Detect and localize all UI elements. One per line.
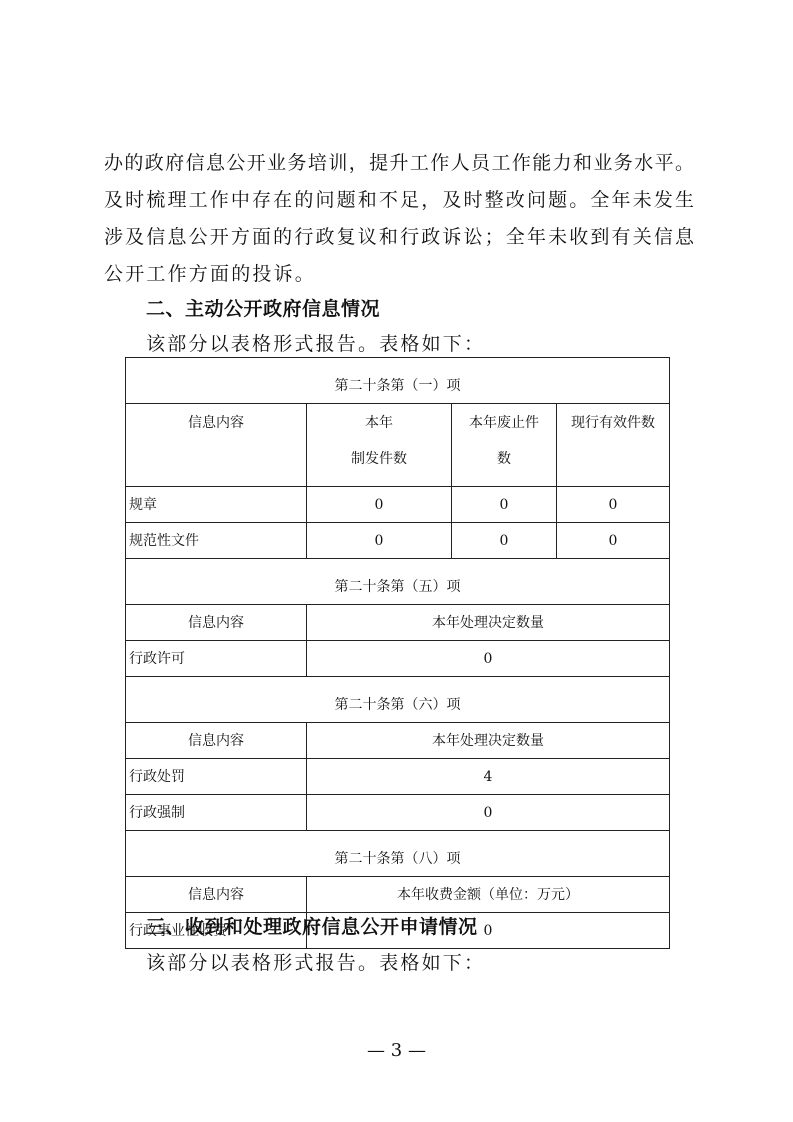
cell-value: 4 [307, 759, 670, 795]
header-issued: 本年 制发件数 [307, 404, 452, 487]
table-section-title-row: 第二十条第（六）项 [126, 677, 670, 723]
header-content: 信息内容 [126, 404, 307, 487]
header-value: 本年处理决定数量 [307, 723, 670, 759]
row-label: 行政强制 [126, 795, 307, 831]
table-section-title-row: 第二十条第（八）项 [126, 831, 670, 877]
header-value: 本年处理决定数量 [307, 605, 670, 641]
section-title: 第二十条第（一）项 [126, 358, 670, 404]
header-abolished-line2: 数 [456, 450, 552, 468]
cell-valid: 0 [557, 487, 670, 523]
cell-value: 0 [307, 795, 670, 831]
table-row: 规范性文件 0 0 0 [126, 523, 670, 559]
cell-value: 0 [307, 641, 670, 677]
section-title: 第二十条第（八）项 [126, 831, 670, 877]
row-label: 规章 [126, 487, 307, 523]
cell-issued: 0 [307, 523, 452, 559]
table-section-title-row: 第二十条第（一）项 [126, 358, 670, 404]
header-issued-line1: 本年 [365, 415, 393, 431]
header-abolished: 本年废止件 数 [452, 404, 557, 487]
cell-abolished: 0 [452, 523, 557, 559]
cell-abolished: 0 [452, 487, 557, 523]
row-label: 行政许可 [126, 641, 307, 677]
table-header-row: 信息内容 本年处理决定数量 [126, 723, 670, 759]
paragraph-line: 涉及信息公开方面的行政复议和行政诉讼；全年未收到有关信息 [104, 225, 694, 249]
row-label: 规范性文件 [126, 523, 307, 559]
header-valid: 现行有效件数 [557, 404, 670, 487]
paragraph-line: 办的政府信息公开业务培训，提升工作人员工作能力和业务水平。 [104, 151, 694, 175]
cell-issued: 0 [307, 487, 452, 523]
page-number: — 3 — [0, 1040, 793, 1062]
table-header-row: 信息内容 本年 制发件数 本年废止件 数 现行有效件数 [126, 404, 670, 487]
table-row: 行政处罚 4 [126, 759, 670, 795]
section-intro: 该部分以表格形式报告。表格如下： [146, 951, 485, 975]
section-heading-applications: 三、收到和处理政府信息公开申请情况 [146, 915, 478, 939]
table-section-title-row: 第二十条第（五）项 [126, 559, 670, 605]
section-heading-proactive-disclosure: 二、主动公开政府信息情况 [146, 297, 380, 321]
header-content: 信息内容 [126, 605, 307, 641]
row-label: 行政处罚 [126, 759, 307, 795]
section-title: 第二十条第（六）项 [126, 677, 670, 723]
paragraph-line: 公开工作方面的投诉。 [104, 262, 694, 286]
header-value: 本年收费金额（单位：万元） [307, 877, 670, 913]
header-content: 信息内容 [126, 723, 307, 759]
table-row: 行政强制 0 [126, 795, 670, 831]
table-header-row: 信息内容 本年处理决定数量 [126, 605, 670, 641]
table-header-row: 信息内容 本年收费金额（单位：万元） [126, 877, 670, 913]
paragraph-line: 及时梳理工作中存在的问题和不足，及时整改问题。全年未发生 [104, 188, 694, 212]
section-title: 第二十条第（五）项 [126, 559, 670, 605]
section-intro: 该部分以表格形式报告。表格如下： [146, 332, 485, 356]
table-row: 规章 0 0 0 [126, 487, 670, 523]
header-content: 信息内容 [126, 877, 307, 913]
proactive-disclosure-table: 第二十条第（一）项 信息内容 本年 制发件数 本年废止件 数 现行有效件数 规章… [125, 357, 670, 949]
cell-valid: 0 [557, 523, 670, 559]
header-issued-line2: 制发件数 [311, 450, 447, 468]
header-abolished-line1: 本年废止件 [469, 415, 539, 431]
table-row: 行政许可 0 [126, 641, 670, 677]
